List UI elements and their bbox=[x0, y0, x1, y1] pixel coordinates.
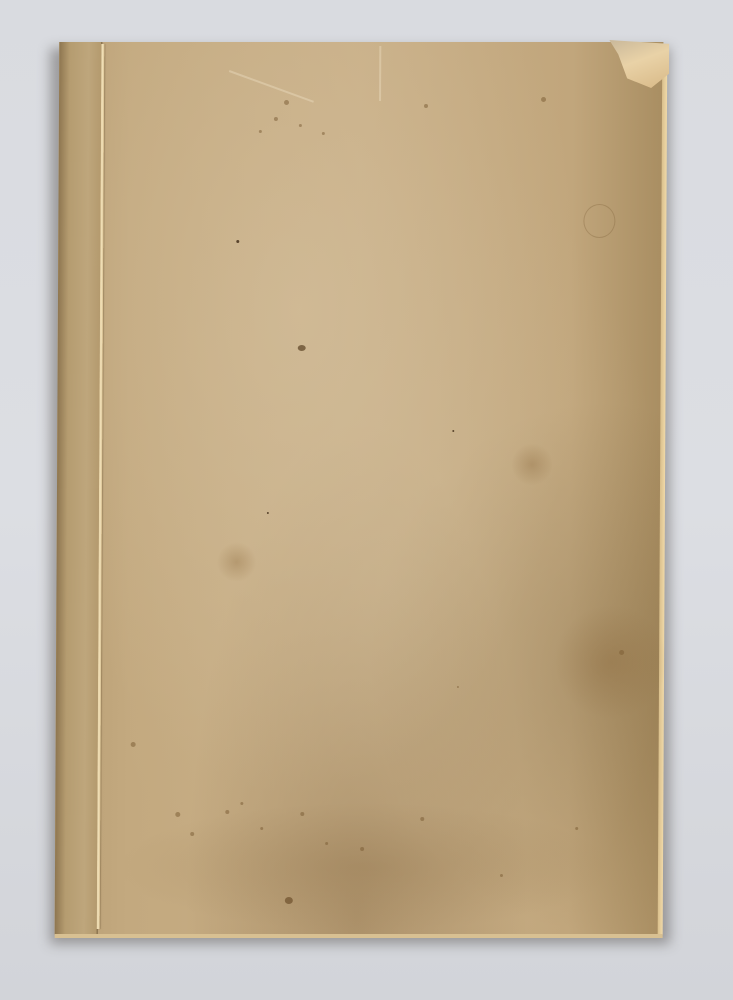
spine-strip bbox=[55, 42, 103, 935]
foxing-spot bbox=[274, 117, 278, 121]
page-edge-bottom bbox=[55, 934, 663, 938]
foxing-spot bbox=[267, 512, 269, 514]
foxing-spot bbox=[298, 345, 306, 351]
foxing-spot bbox=[236, 240, 239, 243]
foxing-spot bbox=[541, 97, 546, 102]
stain bbox=[556, 602, 667, 722]
foxing-spot bbox=[424, 104, 428, 108]
stain bbox=[512, 442, 552, 487]
foxing-spot bbox=[457, 686, 459, 688]
crease bbox=[379, 46, 381, 101]
foxing-spot bbox=[131, 742, 136, 747]
foxing-spot bbox=[284, 100, 289, 105]
foxing-spot bbox=[322, 132, 325, 135]
stain bbox=[115, 802, 616, 932]
stain bbox=[217, 542, 257, 582]
book bbox=[55, 42, 664, 935]
water-ring-stain bbox=[583, 204, 615, 238]
foxing-spot bbox=[259, 130, 262, 133]
foxing-spot bbox=[299, 124, 302, 127]
foxing-spot bbox=[452, 430, 454, 432]
